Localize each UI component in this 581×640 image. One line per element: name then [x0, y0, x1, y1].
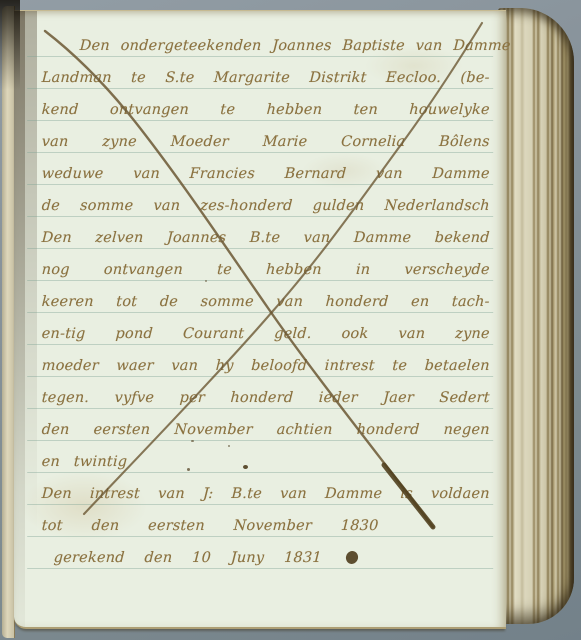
manuscript-line: Den ondergeteekenden Joannes Baptiste va… [27, 25, 495, 57]
manuscript-line: van zyne Moeder Marie Cornelia Bôlens [27, 121, 495, 153]
manuscript-line: Den intrest van J: B.te van Damme is vol… [27, 473, 495, 505]
ink-blot [228, 445, 230, 447]
manuscript-line: weduwe van Francies Bernard van Damme [27, 153, 495, 185]
ink-blot [205, 280, 207, 282]
manuscript-line: en-tig pond Courant geld. ook van zyne [27, 313, 495, 345]
page-edges-stack [498, 8, 574, 624]
manuscript-line: de somme van zes-honderd gulden Nederlan… [27, 185, 495, 217]
manuscript-line: moeder waer van hy beloofd intrest te be… [27, 345, 495, 377]
manuscript-line: tegen. vyfve per honderd ieder Jaer Sede… [27, 377, 495, 409]
gutter-corner-shadow [0, 0, 20, 90]
ink-blot [243, 465, 248, 469]
manuscript-text: Den ondergeteekenden Joannes Baptiste va… [28, 25, 494, 569]
manuscript-line: Landman te S.te Margarite Distrikt Eeclo… [27, 57, 495, 89]
photo-frame: Den ondergeteekenden Joannes Baptiste va… [0, 0, 581, 640]
ink-blot [191, 440, 194, 442]
book-page: Den ondergeteekenden Joannes Baptiste va… [14, 10, 506, 629]
manuscript-line: tot den eersten November 1830 [27, 505, 495, 537]
manuscript-line: gerekend den 10 Juny 1831 [27, 537, 495, 569]
manuscript-line: nog ontvangen te hebben in verscheyde [27, 249, 495, 281]
manuscript-line: keeren tot de somme van honderd en tach- [27, 281, 495, 313]
manuscript-line: en twintig [27, 441, 495, 473]
manuscript-line: kend ontvangen te hebben ten houwelyke [27, 89, 495, 121]
manuscript-line: den eersten November achtien honderd neg… [27, 409, 495, 441]
manuscript-line: Den zelven Joannes B.te van Damme bekend [27, 217, 495, 249]
ink-blot [187, 468, 190, 471]
gutter-shadow [14, 11, 25, 627]
